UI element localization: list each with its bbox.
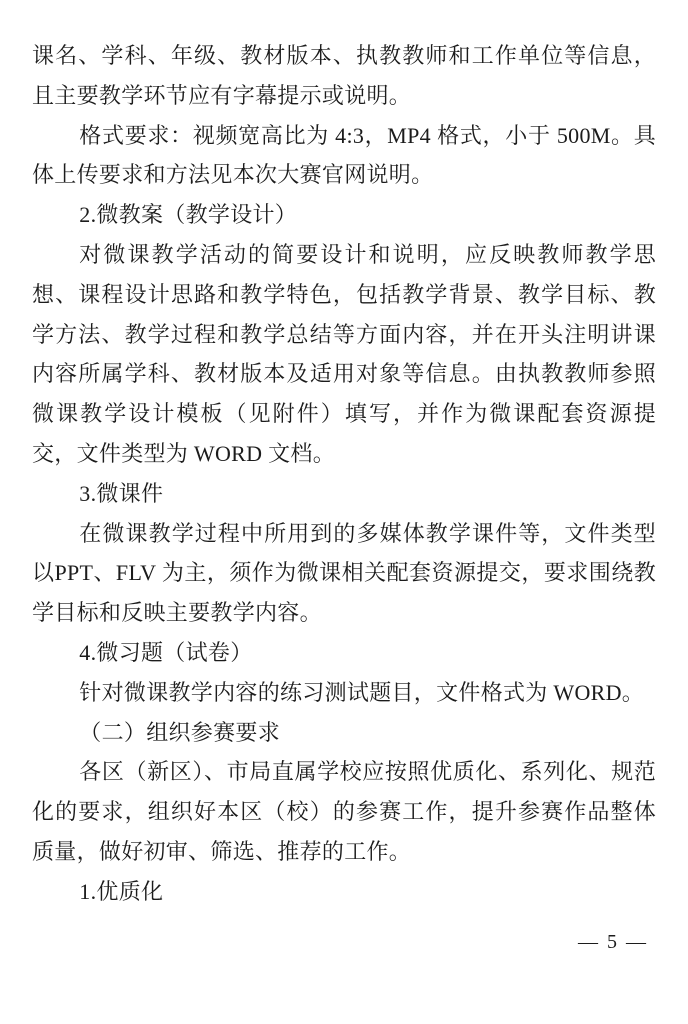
paragraph-video-info-continued: 课名、学科、年级、教材版本、执教教师和工作单位等信息，且主要教学环节应有字幕提示…	[32, 36, 656, 116]
paragraph-format-requirements: 格式要求：视频宽高比为 4:3，MP4 格式，小于 500M。具体上传要求和方法…	[32, 116, 656, 196]
paragraph-micro-exercise-description: 针对微课教学内容的练习测试题目，文件格式为 WORD。	[32, 673, 656, 713]
page-number: — 5 —	[578, 931, 648, 954]
heading-item-2-micro-teaching-plan: 2.微教案（教学设计）	[32, 195, 656, 235]
heading-item-1-quality: 1.优质化	[32, 872, 656, 912]
document-page: 课名、学科、年级、教材版本、执教教师和工作单位等信息，且主要教学环节应有字幕提示…	[0, 0, 688, 1024]
heading-item-4-micro-exercise: 4.微习题（试卷）	[32, 633, 656, 673]
heading-item-3-micro-courseware: 3.微课件	[32, 474, 656, 514]
document-body: 课名、学科、年级、教材版本、执教教师和工作单位等信息，且主要教学环节应有字幕提示…	[32, 36, 656, 912]
paragraph-organization-requirements-description: 各区（新区）、市局直属学校应按照优质化、系列化、规范化的要求，组织好本区（校）的…	[32, 752, 656, 871]
heading-section-2-organization-requirements: （二）组织参赛要求	[32, 713, 656, 753]
paragraph-micro-courseware-description: 在微课教学过程中所用到的多媒体教学课件等，文件类型以PPT、FLV 为主，须作为…	[32, 514, 656, 633]
paragraph-micro-teaching-plan-description: 对微课教学活动的简要设计和说明，应反映教师教学思想、课程设计思路和教学特色，包括…	[32, 235, 656, 474]
